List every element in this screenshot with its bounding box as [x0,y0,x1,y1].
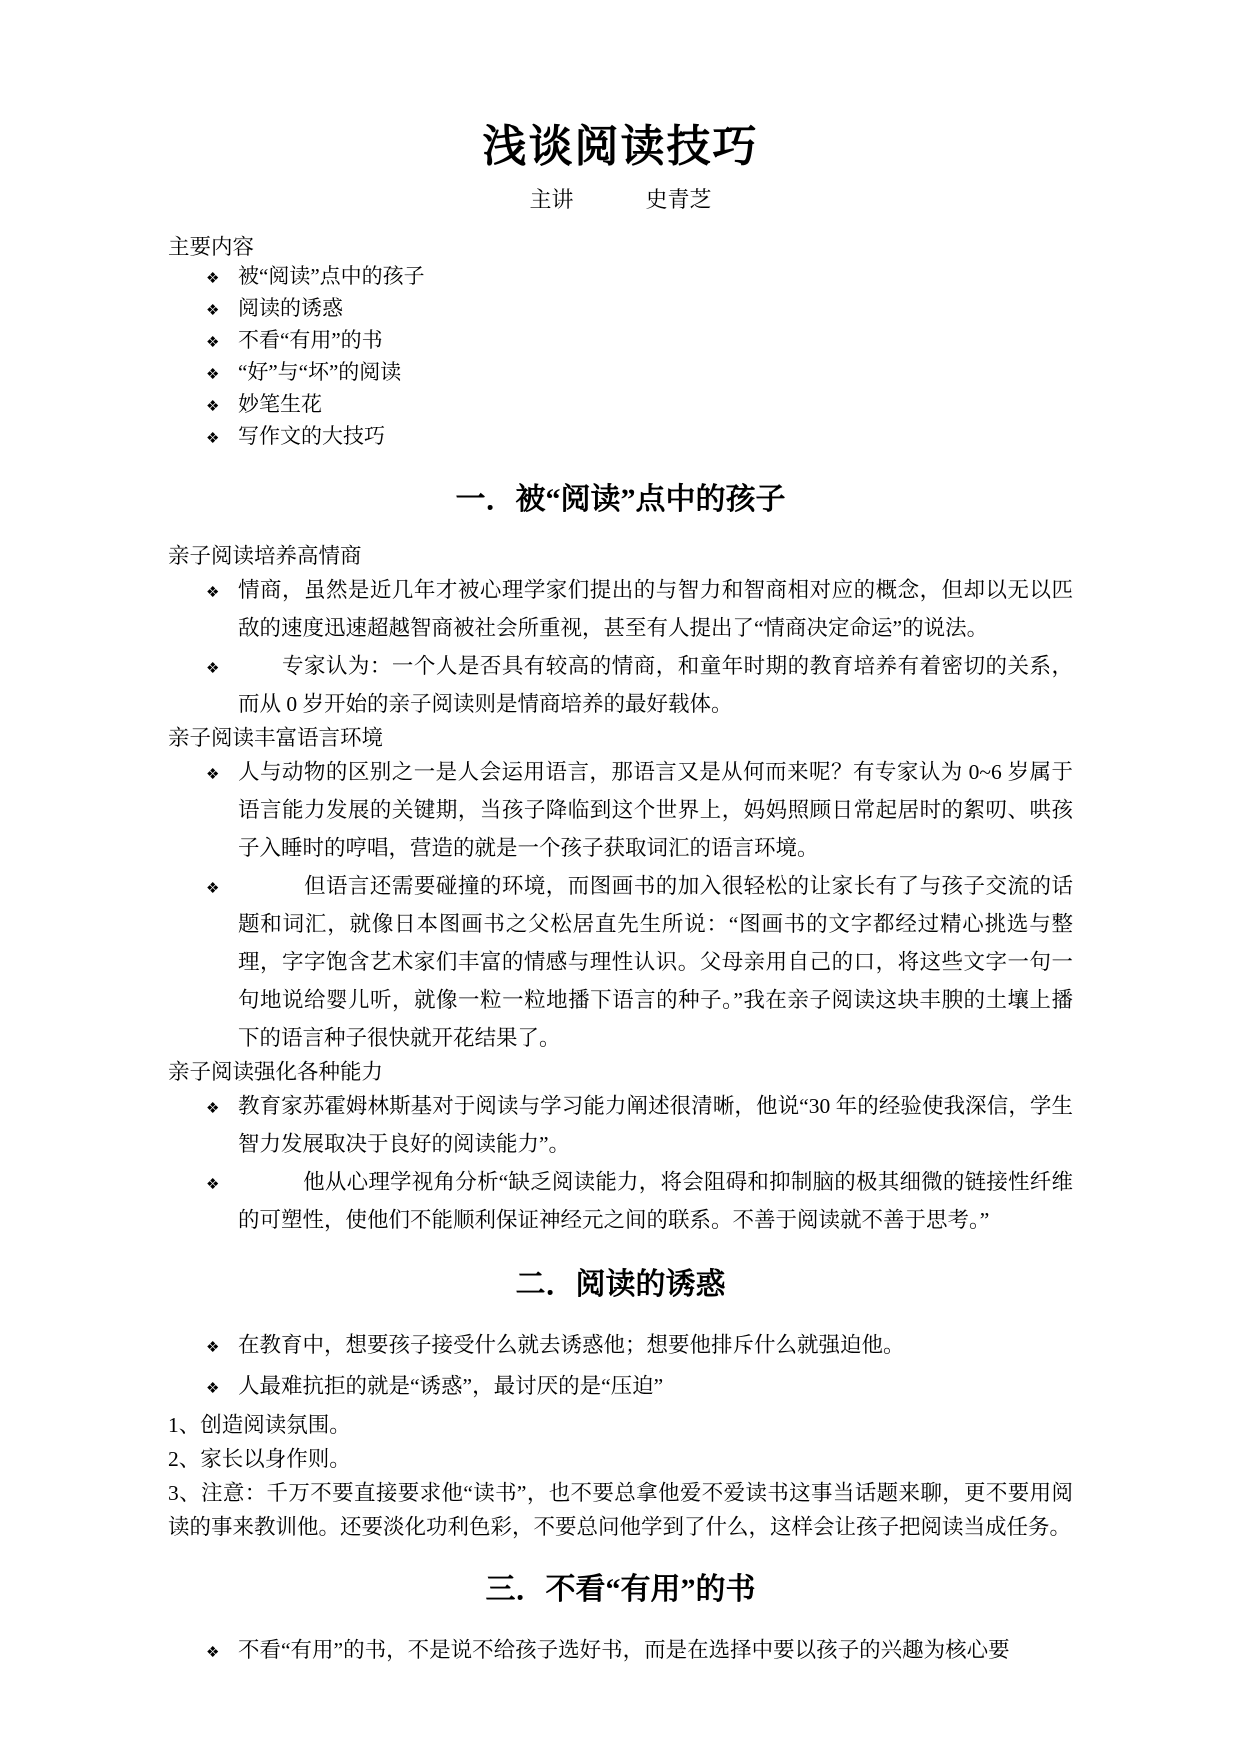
toc-item: ❖ “好”与“坏”的阅读 [168,358,1073,390]
section-1-subheader-1: 亲子阅读培养高情商 [168,541,1073,571]
list-item: ❖ 在教育中，想要孩子接受什么就去诱惑他；想要他排斥什么就强迫他。 [168,1326,1073,1367]
section-3-list: ❖ 不看“有用”的书，不是说不给孩子选好书，而是在选择中要以孩子的兴趣为核心要 [168,1631,1073,1672]
document-page: 浅谈阅读技巧 主讲史青芝 主要内容 ❖ 被“阅读”点中的孩子 ❖ 阅读的诱惑 ❖… [0,0,1241,1754]
list-item-text: 情商，虽然是近几年才被心理学家们提出的与智力和智商相对应的概念，但却以无以匹敌的… [238,571,1073,647]
document-title: 浅谈阅读技巧 [168,118,1073,175]
diamond-bullet-icon: ❖ [206,361,238,390]
list-item-text: 人最难抗拒的就是“诱惑”，最讨厌的是“压迫” [238,1367,1073,1405]
numbered-paragraph: 2、家长以身作则。 [168,1442,1073,1476]
toc-item-label: 写作文的大技巧 [238,422,1073,451]
toc-item-label: 不看“有用”的书 [238,326,1073,355]
toc-item-label: 阅读的诱惑 [238,294,1073,323]
diamond-bullet-icon: ❖ [206,650,238,688]
toc-list: ❖ 被“阅读”点中的孩子 ❖ 阅读的诱惑 ❖ 不看“有用”的书 ❖ “好”与“坏… [168,262,1073,454]
list-item-text: 教育家苏霍姆林斯基对于阅读与学习能力阐述很清晰，他说“30 年的经验使我深信，学… [238,1087,1073,1163]
diamond-bullet-icon: ❖ [206,329,238,358]
toc-item: ❖ 妙笔生花 [168,390,1073,422]
list-item-text: 专家认为：一个人是否具有较高的情商，和童年时期的教育培养有着密切的关系，而从 0… [238,647,1073,723]
section-2-heading: 二．阅读的诱惑 [168,1265,1073,1304]
list-item-text: 在教育中，想要孩子接受什么就去诱惑他；想要他排斥什么就强迫他。 [238,1326,1073,1364]
section-1-heading: 一．被“阅读”点中的孩子 [168,480,1073,519]
list-item: ❖ 人最难抗拒的就是“诱惑”，最讨厌的是“压迫” [168,1367,1073,1408]
diamond-bullet-icon: ❖ [206,1090,238,1128]
byline: 主讲史青芝 [168,185,1073,216]
toc-item-label: 妙笔生花 [238,390,1073,419]
section-3-heading: 三．不看“有用”的书 [168,1570,1073,1609]
toc-item-label: 被“阅读”点中的孩子 [238,262,1073,291]
diamond-bullet-icon: ❖ [206,393,238,422]
diamond-bullet-icon: ❖ [206,574,238,612]
list-item: ❖ 情商，虽然是近几年才被心理学家们提出的与智力和智商相对应的概念，但却以无以匹… [168,571,1073,647]
diamond-bullet-icon: ❖ [206,425,238,454]
numbered-paragraph: 3、注意：千万不要直接要求他“读书”，也不要总拿他爱不爱读书这事当话题来聊，更不… [168,1476,1073,1544]
section-1-list-2: ❖ 人与动物的区别之一是人会运用语言，那语言又是从何而来呢？有专家认为 0~6 … [168,753,1073,1057]
list-item: ❖ 教育家苏霍姆林斯基对于阅读与学习能力阐述很清晰，他说“30 年的经验使我深信… [168,1087,1073,1163]
section-1-list-3: ❖ 教育家苏霍姆林斯基对于阅读与学习能力阐述很清晰，他说“30 年的经验使我深信… [168,1087,1073,1239]
diamond-bullet-icon: ❖ [206,265,238,294]
toc-item-label: “好”与“坏”的阅读 [238,358,1073,387]
toc-item: ❖ 写作文的大技巧 [168,422,1073,454]
diamond-bullet-icon: ❖ [206,297,238,326]
numbered-paragraph: 1、创造阅读氛围。 [168,1408,1073,1442]
list-item-text: 他从心理学视角分析“缺乏阅读能力，将会阻碍和抑制脑的极其细微的链接性纤维的可塑性… [238,1163,1073,1239]
section-2-list: ❖ 在教育中，想要孩子接受什么就去诱惑他；想要他排斥什么就强迫他。 ❖ 人最难抗… [168,1326,1073,1408]
diamond-bullet-icon: ❖ [206,1166,238,1204]
byline-name: 史青芝 [646,187,712,212]
list-item-text: 但语言还需要碰撞的环境，而图画书的加入很轻松的让家长有了与孩子交流的话题和词汇，… [238,867,1073,1057]
list-item-text: 不看“有用”的书，不是说不给孩子选好书，而是在选择中要以孩子的兴趣为核心要 [238,1631,1073,1669]
toc-item: ❖ 阅读的诱惑 [168,294,1073,326]
section-1-subheader-2: 亲子阅读丰富语言环境 [168,723,1073,753]
toc-item: ❖ 被“阅读”点中的孩子 [168,262,1073,294]
diamond-bullet-icon: ❖ [206,870,238,908]
toc-header: 主要内容 [168,232,1073,262]
list-item: ❖ 专家认为：一个人是否具有较高的情商，和童年时期的教育培养有着密切的关系，而从… [168,647,1073,723]
list-item: ❖ 不看“有用”的书，不是说不给孩子选好书，而是在选择中要以孩子的兴趣为核心要 [168,1631,1073,1672]
diamond-bullet-icon: ❖ [206,1329,238,1367]
list-item: ❖ 但语言还需要碰撞的环境，而图画书的加入很轻松的让家长有了与孩子交流的话题和词… [168,867,1073,1057]
diamond-bullet-icon: ❖ [206,756,238,794]
byline-label: 主讲 [529,187,573,212]
list-item: ❖ 他从心理学视角分析“缺乏阅读能力，将会阻碍和抑制脑的极其细微的链接性纤维的可… [168,1163,1073,1239]
section-1-list-1: ❖ 情商，虽然是近几年才被心理学家们提出的与智力和智商相对应的概念，但却以无以匹… [168,571,1073,723]
section-1-subheader-3: 亲子阅读强化各种能力 [168,1057,1073,1087]
toc-item: ❖ 不看“有用”的书 [168,326,1073,358]
section-2-numbered-paragraphs: 1、创造阅读氛围。 2、家长以身作则。 3、注意：千万不要直接要求他“读书”，也… [168,1408,1073,1544]
diamond-bullet-icon: ❖ [206,1634,238,1672]
list-item: ❖ 人与动物的区别之一是人会运用语言，那语言又是从何而来呢？有专家认为 0~6 … [168,753,1073,867]
list-item-text: 人与动物的区别之一是人会运用语言，那语言又是从何而来呢？有专家认为 0~6 岁属… [238,753,1073,867]
diamond-bullet-icon: ❖ [206,1370,238,1408]
